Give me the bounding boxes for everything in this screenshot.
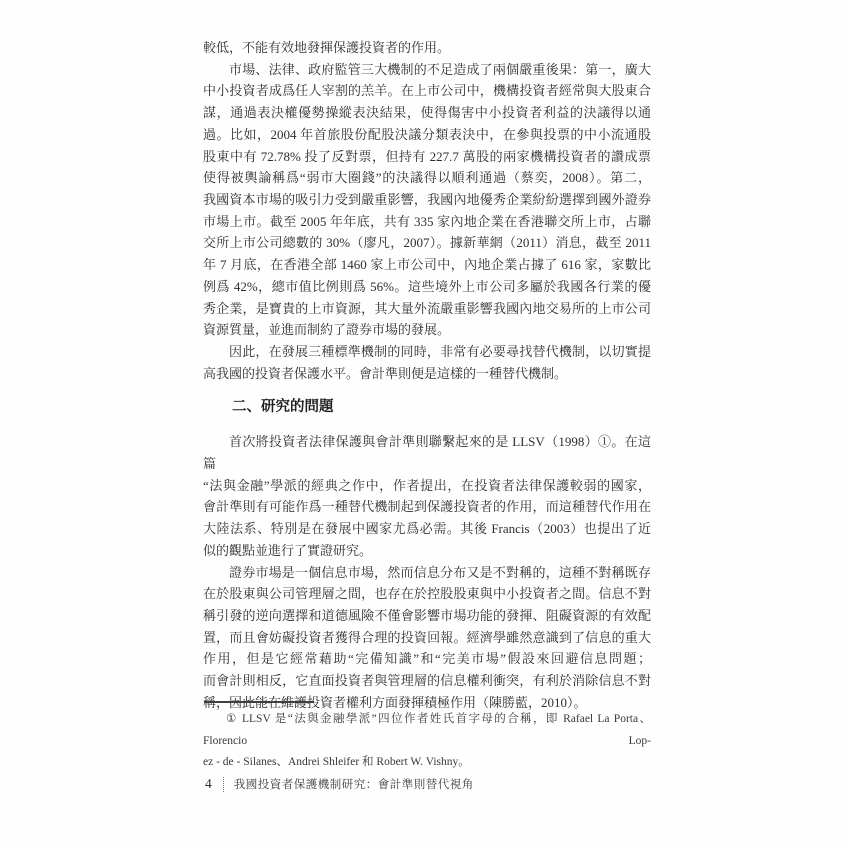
body-line: 稱引發的逆向選擇和道德風險不僅會影響市場功能的發揮、阻礙資源的有效配 (203, 605, 651, 627)
body-line: 證券市場是一個信息市場，然而信息分布又是不對稱的，這種不對稱既存 (203, 562, 651, 584)
body-line: 作用，但是它經常藉助“完備知識”和“完美市場”假設來回避信息問題； (203, 648, 651, 670)
body-line: 似的觀點並進行了實證研究。 (203, 540, 651, 562)
footnote: ① LLSV 是“法與金融學派”四位作者姓氏首字母的合稱，即 Rafael La… (203, 709, 651, 774)
body-line: 中小投資者成爲任人宰割的羔羊。在上市公司中，機構投資者經常與大股東合 (203, 80, 651, 102)
page-footer: 4 我國投資者保護機制研究：會計準則替代視角 (205, 776, 474, 792)
body-line: “法與金融”學派的經典之作中，作者提出，在投資者法律保護較弱的國家， (203, 475, 651, 497)
body-line: 我國資本市場的吸引力受到嚴重影響，我國內地優秀企業紛紛選擇到國外證券 (203, 189, 651, 211)
body-line: 置，而且會妨礙投資者獲得合理的投資回報。經濟學雖然意識到了信息的重大 (203, 627, 651, 649)
book-page: 較低，不能有效地發揮保護投資者的作用。 市場、法律、政府監管三大機制的不足造成了… (0, 0, 850, 850)
body-line: 較低，不能有效地發揮保護投資者的作用。 (203, 37, 651, 59)
body-line: 大陸法系、特別是在發展中國家尤爲必需。其後 Francis（2003）也提出了近 (203, 518, 651, 540)
footer-divider (223, 777, 224, 792)
body-line: 會計準則有可能作爲一種替代機制起到保護投資者的作用，而這種替代作用在 (203, 496, 651, 518)
body-line: 因此，在發展三種標準機制的同時，非常有必要尋找替代機制，以切實提 (203, 341, 651, 363)
running-title: 我國投資者保護機制研究：會計準則替代視角 (234, 776, 474, 792)
page-number: 4 (205, 776, 212, 792)
section-heading: 二、研究的問題 (203, 397, 651, 419)
text-column: 較低，不能有效地發揮保護投資者的作用。 市場、法律、政府監管三大機制的不足造成了… (203, 37, 651, 714)
body-line: 資源質量，並進而制約了證券市場的發展。 (203, 319, 651, 341)
body-line: 股東中有 72.78% 投了反對票，但持有 227.7 萬股的兩家機構投資者的讚… (203, 146, 651, 168)
body-line: 市場、法律、政府監管三大機制的不足造成了兩個嚴重後果：第一，廣大 (203, 59, 651, 81)
body-line: 在於股東與公司管理層之間，也存在於控股股東與中小投資者之間。信息不對 (203, 583, 651, 605)
body-line: 首次將投資者法律保護與會計準則聯繫起來的是 LLSV（1998）①。在這篇 (203, 431, 651, 474)
body-line: 過。比如，2004 年首旅股份配股決議分類表決中，在參與投票的中小流通股 (203, 124, 651, 146)
body-line: 年 7 月底，在香港全部 1460 家上市公司中，內地企業占據了 616 家，家… (203, 254, 651, 276)
footnote-separator (204, 701, 314, 703)
body-line: 例爲 42%，總市值比例則爲 56%。這些境外上市公司多屬於我國各行業的優 (203, 276, 651, 298)
body-line: 謀，通過表決權優勢操縱表決結果，使得傷害中小投資者利益的決議得以通 (203, 102, 651, 124)
footnote-line: ez - de - Silanes、Andrei Shleifer 和 Robe… (203, 752, 651, 774)
body-line: 交所上市公司總數的 30%（廖凡，2007）。據新華網（2011）消息，截至 2… (203, 232, 651, 254)
body-line: 秀企業，是寶貴的上市資源，其大量外流嚴重影響我國內地交易所的上市公司 (203, 298, 651, 320)
body-line: 而會計則相反，它直面投資者與管理層的信息權利衝突，有利於消除信息不對 (203, 670, 651, 692)
body-line: 使得被輿論稱爲“弱市大圈錢”的決議得以順利通過（蔡奕，2008）。第二， (203, 167, 651, 189)
body-line: 高我國的投資者保護水平。會計準則便是這樣的一種替代機制。 (203, 363, 651, 385)
footnote-line: ① LLSV 是“法與金融學派”四位作者姓氏首字母的合稱，即 Rafael La… (203, 709, 651, 752)
body-line: 市場上市。截至 2005 年年底，共有 335 家內地企業在香港聯交所上市，占聯 (203, 211, 651, 233)
